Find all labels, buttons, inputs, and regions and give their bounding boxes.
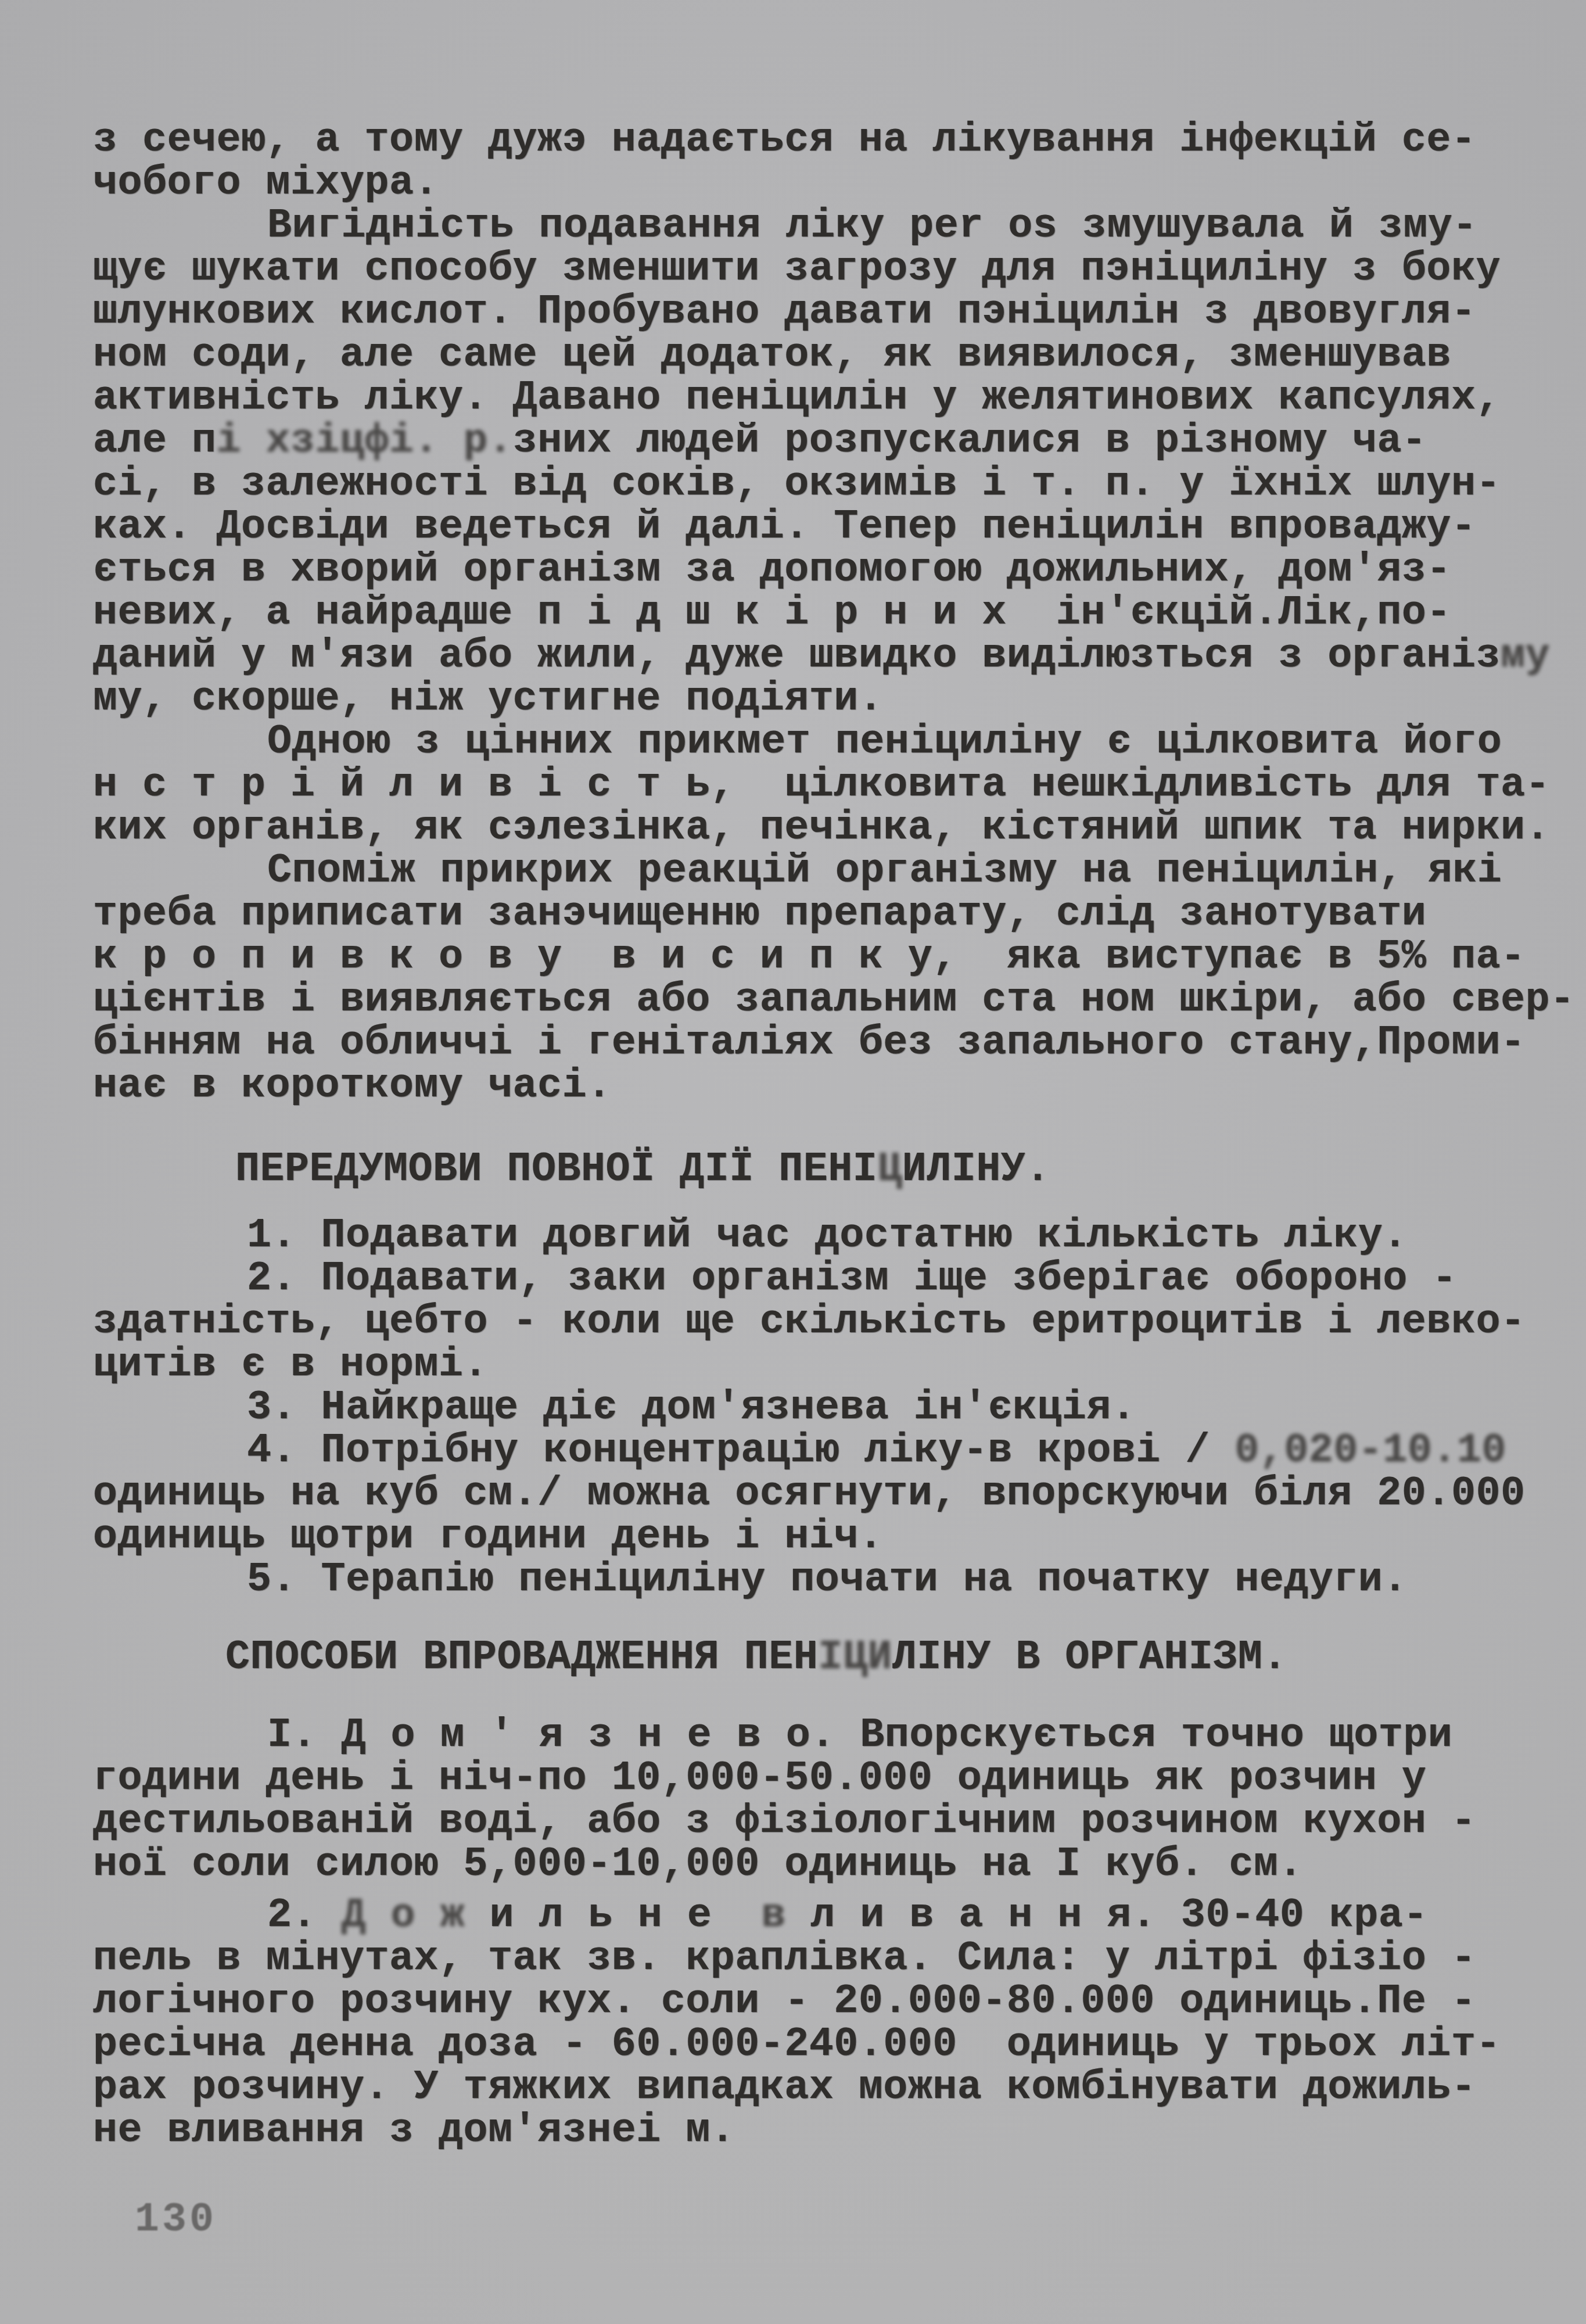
text-line: ких органів, як сэлезінка, печінка, кіст… [93, 807, 1540, 850]
text-segment: ПЕРЕДУМОВИ ПОВНОЇ ДІЇ ПЕНІ [235, 1147, 877, 1193]
text-line: 1. Подавати довгий час достатню кількіст… [93, 1215, 1540, 1258]
text-line: I. Д о м ' я з н е в о. Впорскується точ… [93, 1715, 1540, 1758]
smudged-text: в [761, 1893, 786, 1939]
page-lines: з сечею, а тому дужэ надається на лікува… [93, 119, 1540, 2153]
text-line: з сечею, а тому дужэ надається на лікува… [93, 119, 1540, 162]
text-line: невих, а найрадше п і д ш к і р н и х ін… [93, 592, 1540, 635]
text-line: нає в короткому часі. [93, 1065, 1540, 1108]
text-segment: СПОСОБИ ВПРОВАДЖЕННЯ ПЕН [225, 1635, 818, 1681]
text-line: даний у м'язи або жили, дуже швидко виді… [93, 635, 1540, 678]
page-number: 130 [135, 2199, 217, 2242]
text-line: сі, в залежності від соків, окзимів і т.… [93, 463, 1540, 506]
text-segment: ЛІНУ В ОРГАНІЗМ. [892, 1635, 1287, 1681]
text-line: ках. Досвіди ведеться й далі. Тепер пені… [93, 506, 1540, 549]
text-line: бінням на обличчі і геніталіях без запал… [93, 1022, 1540, 1065]
text-line: рах розчину. У тяжких випадках можна ком… [93, 2067, 1540, 2110]
document-page: з сечею, а тому дужэ надається на лікува… [0, 0, 1586, 2324]
smudged-text: Ц [877, 1147, 902, 1193]
text-line: 4. Потрібну концентрацію ліку-в крові / … [93, 1430, 1540, 1473]
text-segment: 2. [267, 1893, 342, 1939]
text-line: к р о п и в к о в у в и с и п к у, яка в… [93, 936, 1540, 979]
text-line: дестильованій воді, або з фізіологічним … [93, 1801, 1540, 1844]
text-segment: даний у м'язи або жили, дуже швидко виді… [93, 633, 1501, 679]
text-line: Вигідність подавання ліку per os змушува… [93, 205, 1540, 248]
smudged-text: і хзіцфі. р. [217, 418, 513, 464]
text-line: не вливання з дом'язнеі м. [93, 2110, 1540, 2153]
text-line: активність ліку. Давано пеніцилін у желя… [93, 377, 1540, 420]
smudged-text: Д о ж [342, 1893, 465, 1939]
text-line: 5. Терапію пеніциліну почати на початку … [93, 1559, 1540, 1602]
text-segment: л и в а н н я. 30-40 кра- [786, 1893, 1428, 1939]
text-line: логічного розчину кух. соли - 20.000-80.… [93, 1981, 1540, 2024]
text-segment: ИЛІНУ. [902, 1147, 1050, 1193]
text-line: одиниць щотри години день і ніч. [93, 1516, 1540, 1559]
text-line: ної соли силою 5,000-10,000 одиниць на I… [93, 1844, 1540, 1887]
text-line: ном соди, але саме цей додаток, як вияви… [93, 334, 1540, 377]
text-line: шлункових кислот. Пробувано давати пэніц… [93, 291, 1540, 334]
text-line: пель в мінутах, так зв. краплівка. Сила:… [93, 1938, 1540, 1981]
text-line: одиниць на куб см./ можна осягнути, впор… [93, 1473, 1540, 1516]
text-line: але пі хзіцфі. р.зних людей розпускалися… [93, 420, 1540, 463]
text-segment: и л ь н е [465, 1893, 761, 1939]
text-line: му, скорше, ніж устигне подіяти. [93, 678, 1540, 721]
text-line: Споміж прикрих реакцій організму на пені… [93, 850, 1540, 893]
text-line: ресічна денна доза - 60.000-240.000 один… [93, 2024, 1540, 2067]
smudged-text: 0,020-10.10 [1235, 1428, 1506, 1474]
text-line: чобого міхура. [93, 162, 1540, 205]
text-line: 2. Подавати, заки організм іще зберігає … [93, 1258, 1540, 1301]
text-line: цитів є в нормі. [93, 1344, 1540, 1387]
text-line: 2. Д о ж и л ь н е в л и в а н н я. 30-4… [93, 1895, 1540, 1938]
text-line: н с т р і й л и в і с т ь, цілковита неш… [93, 764, 1540, 807]
text-line: щує шукати способу зменшити загрозу для … [93, 248, 1540, 291]
text-line: здатність, цебто - коли ще скількість ер… [93, 1301, 1540, 1344]
smudged-text: му [1501, 633, 1550, 679]
text-line: 3. Найкраще діє дом'язнева ін'єкція. [93, 1387, 1540, 1430]
text-line: години день і ніч-по 10,000-50.000 одини… [93, 1758, 1540, 1801]
text-segment: 4. Потрібну концентрацію ліку-в крові / [247, 1428, 1235, 1474]
text-line: Одною з цінних прикмет пеніциліну є цілк… [93, 721, 1540, 764]
smudged-text: ІЦИ [818, 1635, 892, 1681]
text-line: СПОСОБИ ВПРОВАДЖЕННЯ ПЕНІЦИЛІНУ В ОРГАНІ… [225, 1637, 1540, 1680]
text-segment: зних людей розпускалися в різному ча- [513, 418, 1427, 464]
text-line: ється в хворий організм за допомогою дож… [93, 549, 1540, 592]
text-segment: але п [93, 418, 217, 464]
text-line: ПЕРЕДУМОВИ ПОВНОЇ ДІЇ ПЕНІЦИЛІНУ. [235, 1149, 1540, 1192]
text-line: цієнтів і виявляється або запальним ста … [93, 979, 1540, 1022]
text-line: треба приписати занэчищенню препарату, с… [93, 893, 1540, 936]
